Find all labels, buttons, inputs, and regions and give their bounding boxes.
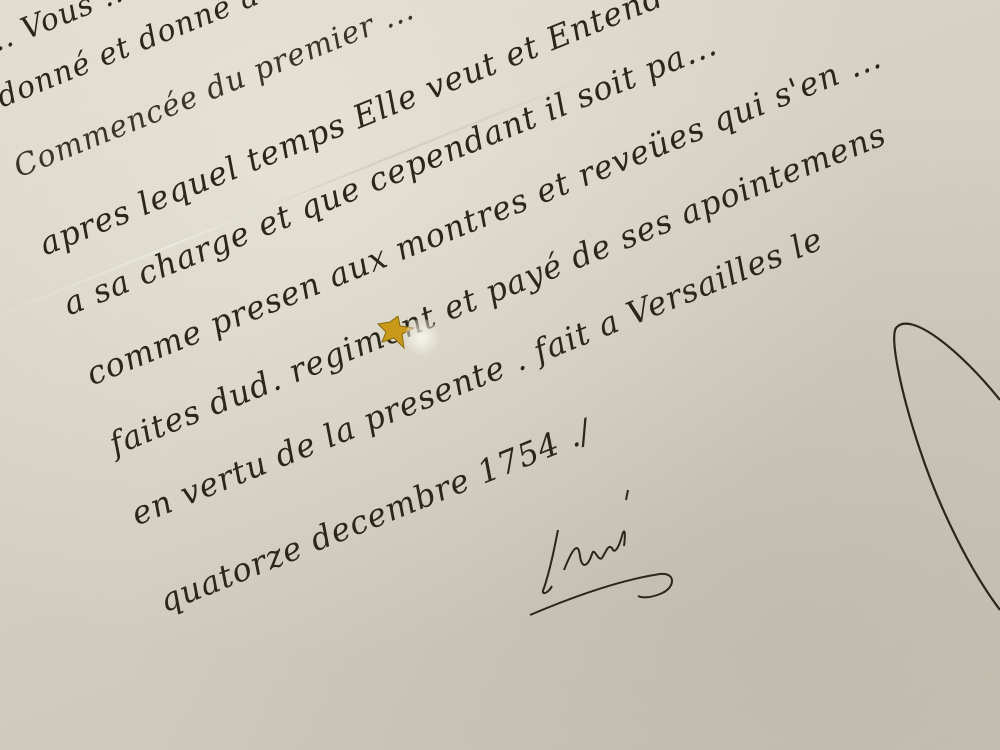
seal-embossing: [405, 318, 439, 358]
signature-paraph-flourish: [880, 310, 1000, 620]
royal-signature-louis: [520, 470, 680, 630]
